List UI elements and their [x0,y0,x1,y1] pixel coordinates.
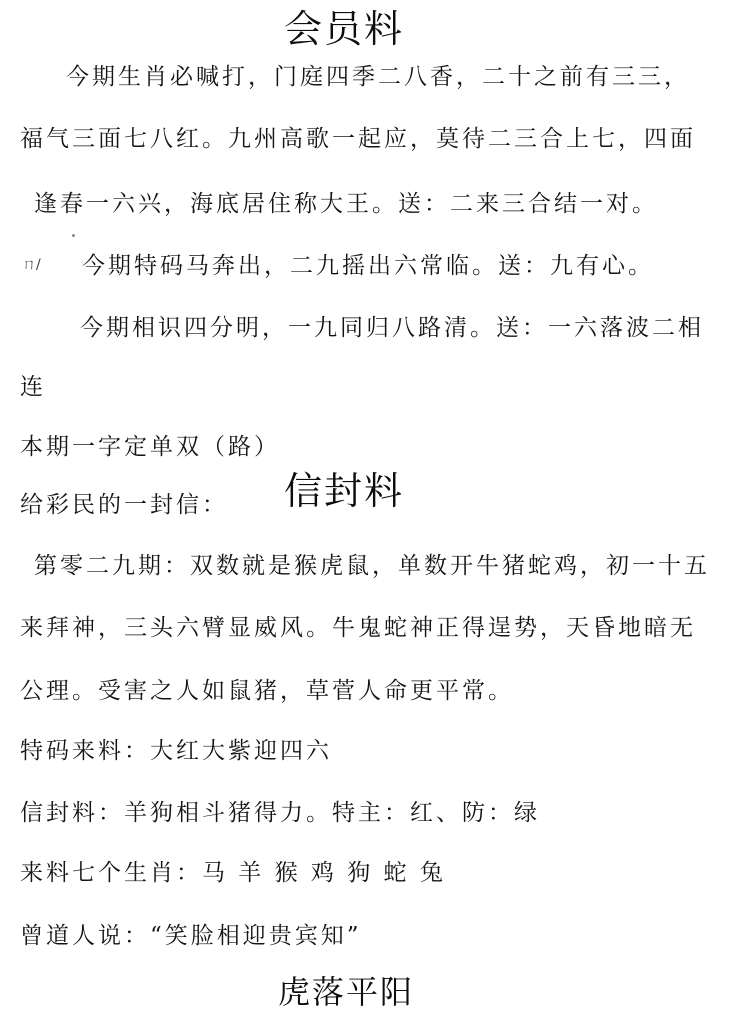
envelope-material-line: 信封料：羊狗相斗猪得力。特主：红、防：绿 [20,802,540,825]
scanned-document-page: 会员料 今期生肖必喊打，门庭四季二八香，二十之前有三三， 福气三面七八红。九州高… [0,0,744,1024]
envelope-line-1: 第零二九期：双数就是猴虎鼠，单数开牛猪蛇鸡，初一十五 [34,555,710,578]
member-line-5: 今期相识四分明，一九同归八路清。送：一六落波二相 [80,317,704,340]
single-double-line: 本期一字定单双（路） [20,436,280,459]
margin-mark-2: ㄇ/ [22,258,41,272]
member-line-2: 福气三面七八红。九州高歌一起应，莫待二三合上七，四面 [20,128,696,151]
member-material-title: 会员料 [284,10,404,48]
taoist-saying-line: 曾道人说：“笑脸相迎贵宾知” [20,925,362,948]
letter-label: 给彩民的一封信： [20,494,228,517]
member-line-4: 今期特码马奔出，二九摇出六常临。送：九有心。 [82,255,654,278]
member-line-1: 今期生肖必喊打，门庭四季二八香，二十之前有三三， [66,66,690,89]
envelope-material-title: 信封料 [284,472,404,510]
envelope-line-3: 公理。受害之人如鼠猪，草菅人命更平常。 [20,680,514,703]
envelope-line-2: 来拜神，三头六臂显威风。牛鬼蛇神正得逞势，天昏地暗无 [20,617,696,640]
member-line-3: 逢春一六兴，海底居住称大王。送：二来三合结一对。 [34,193,658,216]
seven-zodiacs-line: 来料七个生肖：马 羊 猴 鸡 狗 蛇 兔 [20,862,446,885]
member-line-6: 连 [20,376,46,399]
special-code-line: 特码来料：大红大紫迎四六 [20,740,332,763]
scan-speck [72,234,75,237]
closing-title: 虎落平阳 [278,976,414,1008]
